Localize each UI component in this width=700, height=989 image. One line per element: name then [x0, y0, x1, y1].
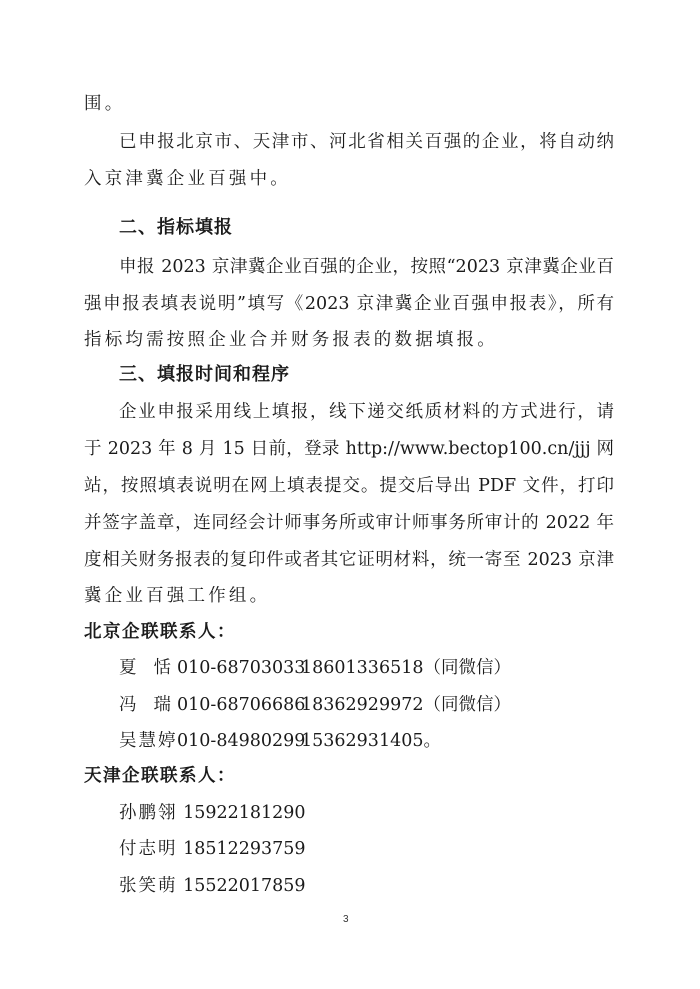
paragraph-continuation: 围。	[84, 93, 614, 115]
contact-phone: 010-68706686	[177, 694, 295, 716]
contact-name: 冯瑞	[119, 694, 171, 716]
section-heading-indicators: 二、指标填报	[119, 217, 614, 239]
page-number: 3	[343, 914, 349, 925]
contact-mobile: 18362929972（同微信）	[301, 694, 511, 716]
section-heading-timeline: 三、填报时间和程序	[119, 364, 614, 386]
contact-row: 付志明 18512293759	[119, 838, 306, 860]
contact-phone: 010-68703033	[177, 657, 295, 679]
contact-row: 夏恬010-6870303318601336518（同微信）	[119, 657, 511, 679]
contact-row: 吴慧婷010-8498029915362931405。	[119, 730, 441, 752]
contact-row: 张笑萌 15522017859	[119, 875, 306, 897]
paragraph-line: 强申报表填表说明”填写《2023 京津冀企业百强申报表》，所有	[84, 293, 614, 315]
document-page: 围。 已申报北京市、天津市、河北省相关百强的企业，将自动纳 入京津冀企业百强中。…	[0, 0, 700, 989]
paragraph-line: 指标均需按照企业合并财务报表的数据填报。	[84, 329, 614, 351]
contact-phone: 010-84980299	[177, 730, 295, 752]
contact-name: 付志明	[119, 838, 178, 860]
paragraph-line: 企业申报采用线上填报，线下递交纸质材料的方式进行，请	[119, 401, 614, 423]
contact-name: 夏恬	[119, 657, 171, 679]
beijing-contacts-heading: 北京企联联系人：	[84, 621, 614, 643]
paragraph-line: 站，按照填表说明在网上填表提交。提交后导出 PDF 文件，打印	[84, 475, 614, 497]
contact-mobile: 15922181290	[183, 802, 305, 824]
contact-mobile: 15522017859	[183, 875, 305, 897]
contact-name: 吴慧婷	[119, 730, 171, 752]
contact-name: 张笑萌	[119, 875, 178, 897]
paragraph-line: 度相关财务报表的复印件或者其它证明材料，统一寄至 2023 京津	[84, 549, 614, 571]
contact-mobile: 18601336518（同微信）	[301, 657, 511, 679]
paragraph-line: 冀企业百强工作组。	[84, 585, 614, 607]
tianjin-contacts-heading: 天津企联联系人：	[84, 765, 614, 787]
paragraph-line: 已申报北京市、天津市、河北省相关百强的企业，将自动纳	[119, 131, 614, 153]
paragraph-line: 申报 2023 京津冀企业百强的企业，按照“2023 京津冀企业百	[119, 256, 614, 278]
contact-mobile: 15362931405。	[301, 730, 441, 752]
contact-name: 孙鹏翎	[119, 802, 178, 824]
contact-mobile: 18512293759	[183, 838, 305, 860]
contact-row: 冯瑞010-6870668618362929972（同微信）	[119, 694, 511, 716]
paragraph-line: 于 2023 年 8 月 15 日前，登录 http://www.bectop1…	[84, 438, 614, 460]
paragraph-line: 并签字盖章，连同经会计师事务所或审计师事务所审计的 2022 年	[84, 512, 614, 534]
paragraph-line: 入京津冀企业百强中。	[84, 168, 614, 190]
contact-row: 孙鹏翎 15922181290	[119, 802, 306, 824]
